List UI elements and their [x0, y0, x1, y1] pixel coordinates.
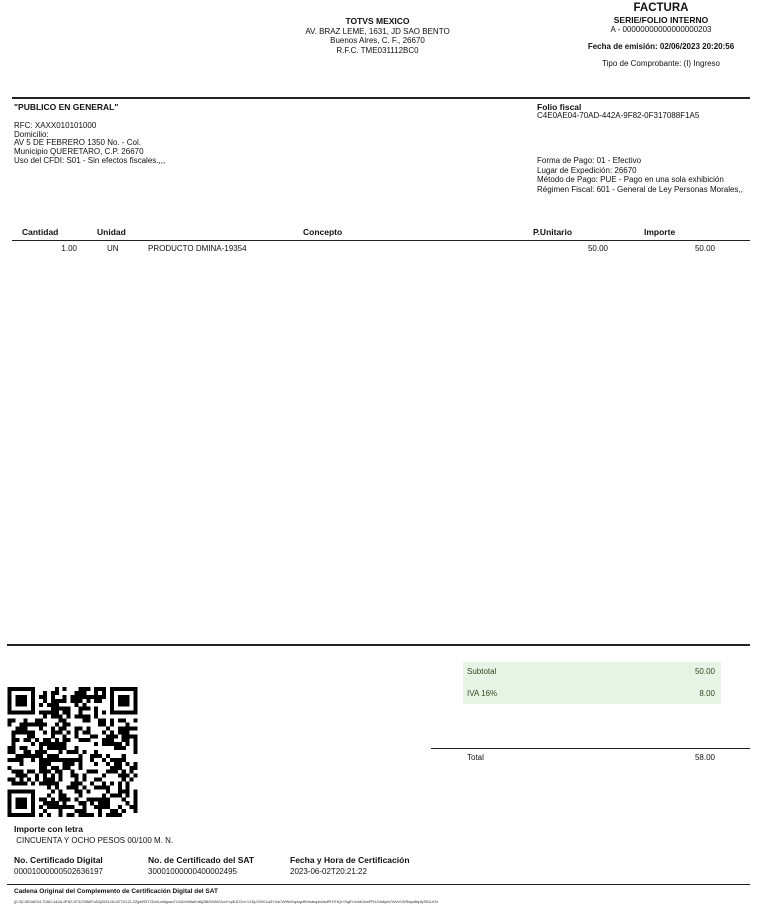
total-value: 58.00 — [640, 753, 715, 762]
receptor-uso-cfdi: Uso del CFDI: S01 - Sin efectos fiscales… — [14, 157, 374, 166]
emisor-name: TOTVS MEXICO — [280, 17, 475, 27]
document-info-block: FACTURA SERIE/FOLIO INTERNO A - 00000000… — [560, 2, 762, 69]
lugar-expedicion: Lugar de Expedición: 26670 — [537, 166, 762, 176]
subtotal-label: Subtotal — [467, 667, 496, 676]
header-unidad: Unidad — [97, 227, 126, 237]
regimen-fiscal: Régimen Fiscal: 601 - General de Ley Per… — [537, 185, 762, 195]
iva-label: IVA 16% — [467, 689, 497, 698]
serie-label: SERIE/FOLIO INTERNO — [560, 15, 762, 25]
folio-fiscal-value: C4E0AE04-70AD-442A-9F82-0F317088F1A5 — [537, 112, 762, 121]
cell-importe: 50.00 — [650, 244, 715, 253]
total-divider — [431, 748, 750, 749]
cert-sat-value: 30001000000400002495 — [148, 867, 237, 876]
metodo-pago: Método de Pago: PUE - Pago en una sola e… — [537, 175, 762, 185]
cell-concepto: PRODUCTO DMINA-19354 — [148, 244, 247, 253]
receptor-name: "PUBLICO EN GENERAL" — [14, 103, 374, 112]
cert-fecha-label: Fecha y Hora de Certificación — [290, 855, 410, 865]
cadena-label: Cadena Original del Complemento de Certi… — [14, 888, 218, 895]
cadena-divider — [7, 884, 750, 885]
tipo-comprobante: Tipo de Comprobante: (I) Ingreso — [560, 59, 762, 69]
pago-block: Forma de Pago: 01 - Efectivo Lugar de Ex… — [537, 156, 762, 194]
iva-value: 8.00 — [640, 689, 715, 698]
emisor-address-line2: Buenos Aires, C. F., 26670 — [280, 36, 475, 46]
fecha-emision: Fecha de emisión: 02/06/2023 20:20:56 — [560, 42, 762, 52]
cert-sat-label: No. de Certificado del SAT — [148, 855, 254, 865]
receptor-block: "PUBLICO EN GENERAL" RFC: XAXX010101000 … — [14, 103, 374, 166]
header-divider — [12, 97, 750, 99]
serie-value: A - 00000000000000000203 — [560, 25, 762, 35]
emisor-block: TOTVS MEXICO AV. BRAZ LEME, 1631, JD SAO… — [280, 17, 475, 55]
total-label: Total — [467, 753, 484, 762]
document-title: FACTURA — [560, 2, 762, 15]
items-bottom-divider — [7, 644, 750, 646]
table-header-divider — [12, 240, 750, 241]
cert-digital-value: 00001000000502636197 — [14, 867, 103, 876]
subtotal-value: 50.00 — [640, 667, 715, 676]
receptor-rfc: RFC: XAXX010101000 — [14, 122, 374, 131]
header-cantidad: Cantidad — [22, 227, 58, 237]
importe-letra-value: CINCUENTA Y OCHO PESOS 00/100 M. N. — [14, 836, 173, 845]
cell-unidad: UN — [107, 244, 119, 253]
emisor-address-line1: AV. BRAZ LEME, 1631, JD SAO BENTO — [280, 27, 475, 37]
cert-fecha-value: 2023-06-02T20:21:22 — [290, 867, 367, 876]
cell-unitario: 50.00 — [540, 244, 608, 253]
cadena-value: ||1.0|C4E0AE04-70AD-442A-9F82-0F317088F1… — [14, 899, 438, 904]
forma-pago: Forma de Pago: 01 - Efectivo — [537, 156, 762, 166]
header-concepto: Concepto — [303, 227, 342, 237]
cert-digital-label: No. Certificado Digital — [14, 855, 103, 865]
header-unitario: P.Unitario — [533, 227, 572, 237]
cell-cantidad: 1.00 — [20, 244, 77, 253]
header-importe: Importe — [644, 227, 675, 237]
qr-code-icon — [7, 687, 138, 817]
emisor-rfc: R.F.C. TME031112BC0 — [280, 46, 475, 56]
folio-fiscal-block: Folio fiscal C4E0AE04-70AD-442A-9F82-0F3… — [537, 103, 762, 121]
importe-letra-label: Importe con letra — [14, 824, 83, 834]
